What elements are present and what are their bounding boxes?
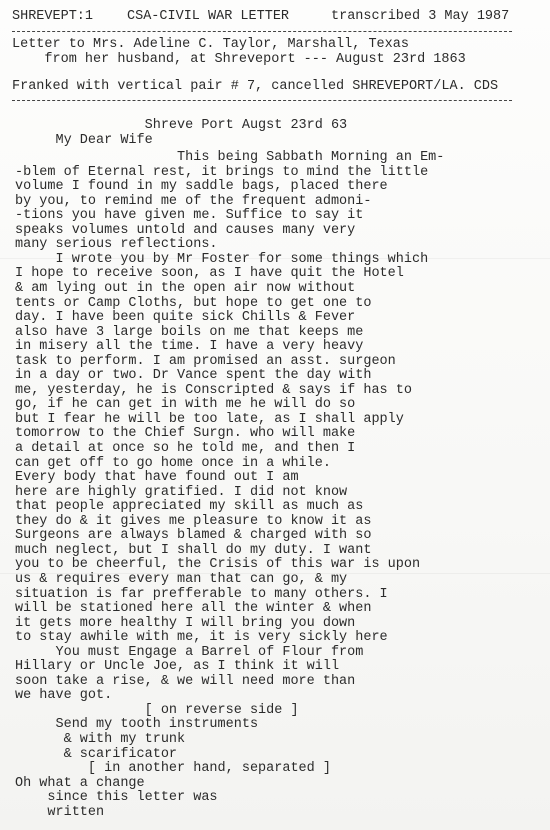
letter-line: in a day or two. Dr Vance spent the day …	[15, 369, 371, 383]
letter-line: -blem of Eternal rest, it brings to mind…	[15, 166, 428, 180]
letter-line: many serious reflections.	[15, 238, 218, 252]
letter-line: [ in another hand, separated ]	[15, 762, 331, 776]
letter-line: but I fear he will be too late, as I sha…	[15, 413, 404, 427]
letter-page: SHREVEPT:1 CSA-CIVIL WAR LETTER transcri…	[0, 0, 550, 830]
letter-line: You must Engage a Barrel of Flour from	[15, 646, 363, 660]
letter-line: tents or Camp Cloths, but hope to get on…	[15, 297, 371, 311]
letter-line: me, yesterday, he is Conscripted & says …	[15, 384, 412, 398]
letter-dateline: Shreve Port Augst 23rd 63	[15, 119, 347, 133]
letter-line: also have 3 large boils on me that keeps…	[15, 326, 363, 340]
letter-line: day. I have been quite sick Chills & Fev…	[15, 311, 355, 325]
franking-divider	[12, 100, 512, 101]
letter-line: will be stationed here all the winter & …	[15, 602, 371, 616]
letter-line: [ on reverse side ]	[15, 704, 299, 718]
letter-line: & am lying out in the open air now witho…	[15, 282, 355, 296]
letter-line: situation is far prefferable to many oth…	[15, 588, 388, 602]
letter-line: by you, to remind me of the frequent adm…	[15, 195, 371, 209]
letter-line: written	[15, 806, 104, 820]
letter-line: task to perform. I am promised an asst. …	[15, 355, 396, 369]
letter-line: -tions you have given me. Suffice to say…	[15, 209, 363, 223]
letter-line: & scarificator	[15, 748, 177, 762]
letter-line: we have got.	[15, 689, 112, 703]
addressee-line-2: from her husband, at Shreveport --- Augu…	[12, 53, 466, 67]
letter-line: can get off to go home once in a while.	[15, 457, 331, 471]
letter-line: Oh what a change	[15, 777, 145, 791]
letter-line: Every body that have found out I am	[15, 471, 299, 485]
header-transcribed: transcribed 3 May 1987	[331, 10, 509, 24]
franking-note: Franked with vertical pair # 7, cancelle…	[12, 80, 498, 94]
addressee-line-1: Letter to Mrs. Adeline C. Taylor, Marsha…	[12, 38, 409, 52]
letter-line: us & requires every man that can go, & m…	[15, 573, 347, 587]
letter-line: much neglect, but I shall do my duty. I …	[15, 544, 371, 558]
letter-line: speaks volumes untold and causes many ve…	[15, 224, 355, 238]
letter-line: in misery all the time. I have a very he…	[15, 340, 363, 354]
letter-line: that people appreciated my skill as much…	[15, 500, 363, 514]
letter-line: I hope to receive soon, as I have quit t…	[15, 267, 404, 281]
header-title: CSA-CIVIL WAR LETTER	[127, 10, 289, 24]
letter-line: soon take a rise, & we will need more th…	[15, 675, 355, 689]
letter-line: This being Sabbath Morning an Em-	[15, 151, 444, 165]
header-ref: SHREVEPT:1	[12, 10, 93, 24]
letter-line: go, if he can get in with me he will do …	[15, 398, 355, 412]
letter-salutation: My Dear Wife	[15, 134, 153, 148]
letter-line: Send my tooth instruments	[15, 718, 258, 732]
letter-line: to stay awhile with me, it is very sickl…	[15, 631, 388, 645]
letter-line: it gets more healthy I will bring you do…	[15, 617, 355, 631]
letter-line: & with my trunk	[15, 733, 185, 747]
letter-line: I wrote you by Mr Foster for some things…	[15, 253, 428, 267]
letter-line: volume I found in my saddle bags, placed…	[15, 180, 388, 194]
letter-line: here are highly gratified. I did not kno…	[15, 486, 347, 500]
letter-line: tomorrow to the Chief Surgn. who will ma…	[15, 427, 355, 441]
letter-line: they do & it gives me pleasure to know i…	[15, 515, 371, 529]
header-divider	[12, 31, 512, 32]
letter-line: Surgeons are always blamed & charged wit…	[15, 529, 371, 543]
letter-line: since this letter was	[15, 791, 218, 805]
letter-line: Hillary or Uncle Joe, as I think it will	[15, 660, 339, 674]
letter-line: a detail at once so he told me, and then…	[15, 442, 355, 456]
letter-line: you to be cheerful, the Crisis of this w…	[15, 558, 420, 572]
